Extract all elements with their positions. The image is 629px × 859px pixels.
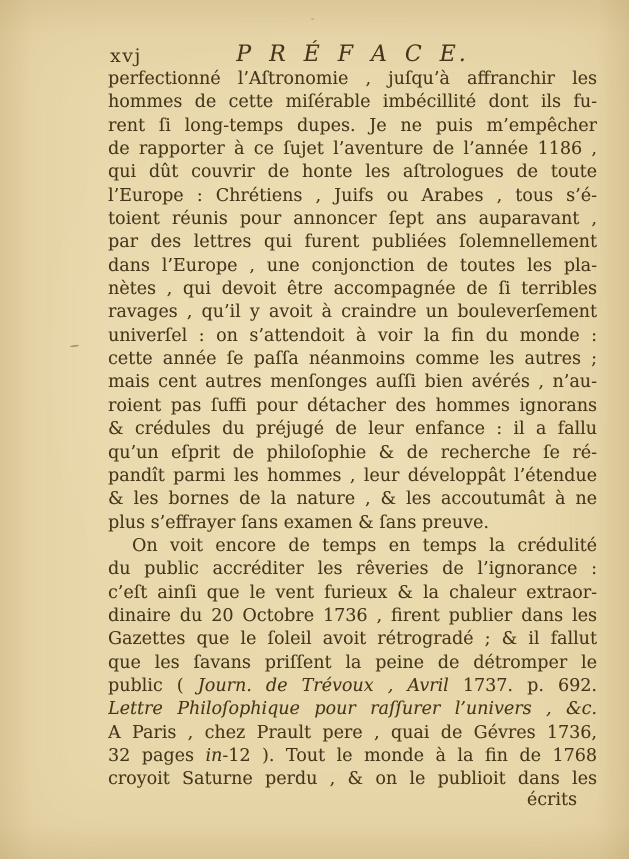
text-segment: 1737. p. 692.: [449, 676, 597, 696]
text-line: dinaire du 20 Octobre 1736 , firent publ…: [108, 605, 597, 628]
text-line: & crédules du préjugé de leur enfance : …: [108, 418, 597, 441]
italic-text-segment: Lettre Philoſophique pour raſſurer l’uni…: [108, 699, 597, 719]
text-segment: ravages , qu’il y avoit à craindre un bo…: [108, 302, 597, 322]
text-line: & les bornes de la nature , & les accout…: [108, 488, 597, 511]
text-segment: -12 ). Tout le monde à la fin de 1768: [222, 746, 597, 766]
text-segment: pandît parmi les hommes , leur développâ…: [108, 466, 597, 486]
text-segment: du public accréditer les rêveries de l’i…: [108, 559, 597, 579]
text-segment: que les ſavans priſſent la peine de détr…: [108, 653, 597, 673]
text-segment: & les bornes de la nature , & les accout…: [108, 489, 597, 509]
text-segment: perfectionné l’Aſtronomie , juſqu’à affr…: [108, 69, 597, 89]
text-line: mais cent autres menſonges auſſi bien av…: [108, 371, 597, 394]
text-segment: On voit encore de temps en temps la créd…: [132, 536, 597, 556]
text-line: Lettre Philoſophique pour raſſurer l’uni…: [108, 698, 597, 721]
text-line: plus s’effrayer ſans examen & ſans preuv…: [108, 512, 597, 535]
text-segment: 32 pages: [108, 746, 205, 766]
text-line: croyoit Saturne perdu , & on le publioit…: [108, 768, 597, 791]
text-segment: dinaire du 20 Octobre 1736 , firent publ…: [108, 606, 597, 626]
text-line: Gazettes que le ſoleil avoit rétrogradé …: [108, 628, 597, 651]
paper-speck: [70, 344, 79, 347]
text-segment: croyoit Saturne perdu , & on le publioit…: [108, 769, 597, 789]
text-segment: Gazettes que le ſoleil avoit rétrogradé …: [108, 629, 597, 649]
text-line: qu’un eſprit de philoſophie & de recherc…: [108, 442, 597, 465]
text-segment: toient réunis pour annoncer ſept ans aup…: [108, 209, 597, 229]
running-title: P R É F A C E.: [108, 42, 597, 67]
text-line: perfectionné l’Aſtronomie , juſqu’à affr…: [108, 68, 597, 91]
text-line: A Paris , chez Prault pere , quai de Gév…: [108, 722, 597, 745]
text-line: du public accréditer les rêveries de l’i…: [108, 558, 597, 581]
text-segment: par des lettres qui furent publiées ſole…: [108, 232, 597, 252]
text-segment: dans l’Europe , une conjonction de toute…: [108, 256, 597, 276]
body-text: perfectionné l’Aſtronomie , juſqu’à affr…: [108, 68, 597, 792]
text-line: On voit encore de temps en temps la créd…: [108, 535, 597, 558]
text-line: hommes de cette miſérable imbécillité do…: [108, 91, 597, 114]
text-line: que les ſavans priſſent la peine de détr…: [108, 652, 597, 675]
text-line: 32 pages in-12 ). Tout le monde à la fin…: [108, 745, 597, 768]
text-segment: public (: [108, 676, 198, 696]
text-line: l’Europe : Chrétiens , Juifs ou Arabes ,…: [108, 185, 597, 208]
text-segment: mais cent autres menſonges auſſi bien av…: [108, 372, 597, 392]
text-line: toient réunis pour annoncer ſept ans aup…: [108, 208, 597, 231]
book-page-scan: xvj P R É F A C E. perfectionné l’Aſtron…: [0, 0, 629, 859]
text-segment: nètes , qui devoit être accompagnée de ſ…: [108, 279, 597, 299]
text-line: ravages , qu’il y avoit à craindre un bo…: [108, 301, 597, 324]
text-line: public ( Journ. de Trévoux , Avril 1737.…: [108, 675, 597, 698]
text-segment: roient pas ſuffi pour détacher des homme…: [108, 396, 597, 416]
italic-text-segment: Journ. de Trévoux , Avril: [198, 676, 449, 696]
text-segment: hommes de cette miſérable imbécillité do…: [108, 92, 597, 112]
text-line: c’eſt ainſi que le vent furieux & la cha…: [108, 582, 597, 605]
text-segment: c’eſt ainſi que le vent furieux & la cha…: [108, 583, 597, 603]
text-line: par des lettres qui furent publiées ſole…: [108, 231, 597, 254]
text-line: qui dût couvrir de honte les aſtrologues…: [108, 161, 597, 184]
text-line: univerſel : on s’attendoit à voir la fin…: [108, 325, 597, 348]
text-segment: qui dût couvrir de honte les aſtrologues…: [108, 162, 597, 182]
text-segment: rent ſi long-temps dupes. Je ne puis m’e…: [108, 116, 597, 136]
text-segment: l’Europe : Chrétiens , Juifs ou Arabes ,…: [108, 186, 597, 206]
text-segment: de rapporter à ce ſujet l’aventure de l’…: [108, 139, 597, 159]
text-line: pandît parmi les hommes , leur développâ…: [108, 465, 597, 488]
text-line: dans l’Europe , une conjonction de toute…: [108, 255, 597, 278]
text-segment: qu’un eſprit de philoſophie & de recherc…: [108, 443, 597, 463]
text-segment: cette année ſe paſſa néanmoins comme les…: [108, 349, 597, 369]
text-segment: & crédules du préjugé de leur enfance : …: [108, 419, 597, 439]
text-segment: plus s’effrayer ſans examen & ſans preuv…: [108, 513, 489, 533]
paper-speck: [311, 18, 314, 20]
italic-text-segment: in: [205, 746, 222, 766]
text-line: cette année ſe paſſa néanmoins comme les…: [108, 348, 597, 371]
text-line: roient pas ſuffi pour détacher des homme…: [108, 395, 597, 418]
text-line: nètes , qui devoit être accompagnée de ſ…: [108, 278, 597, 301]
catchword: écrits: [527, 789, 577, 812]
text-segment: A Paris , chez Prault pere , quai de Gév…: [108, 723, 597, 743]
text-segment: univerſel : on s’attendoit à voir la fin…: [108, 326, 597, 346]
text-line: rent ſi long-temps dupes. Je ne puis m’e…: [108, 115, 597, 138]
text-line: de rapporter à ce ſujet l’aventure de l’…: [108, 138, 597, 161]
page-header: xvj P R É F A C E.: [108, 42, 597, 68]
